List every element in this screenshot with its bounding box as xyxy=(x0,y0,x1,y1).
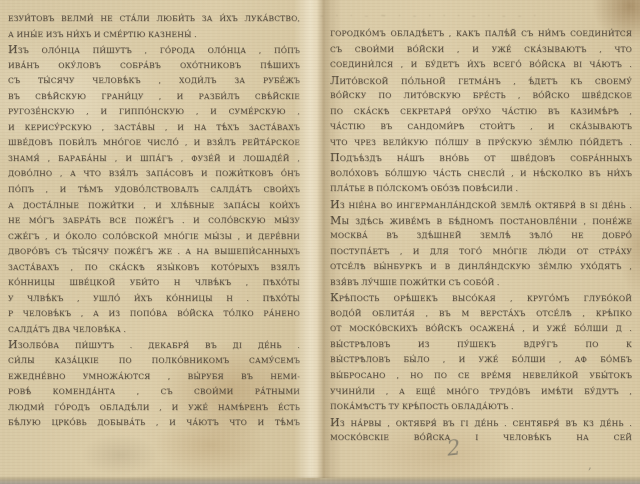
text-line: ЕЗУИ́ТОВЪ ВЕЛМИ́ НЕ СТА́ЛИ ЛЮБИ́ТЬ ЗА И́… xyxy=(8,11,300,27)
text-line: ДОВО́ЛНО , А ЧТО ВЗЯ́ЛЪ ЗАПА́СОВЪ И ПОЖИ… xyxy=(8,166,300,182)
page-right: – · · – ~ · – · · · – · – – · ГОРОДКО́МЪ… xyxy=(312,0,640,478)
text-line: МОСКО́ВСКІЕ ВО́ЙСКА І ЧЕЛОВѢ́КЪ НА СЕЙ xyxy=(330,430,632,446)
text-line: ВО́ЙСКУ ПО ЛИТО́ВСКУЮ БРЕ́СТЬ , ВО́ЙСКО … xyxy=(330,88,632,104)
text-line: КРѢ́ПОСТЬ ОРѢ́ШЕКЪ ВЫСО́КАЯ , КРУГО́МЪ Г… xyxy=(330,290,632,306)
text-line: РУГОЗЕ́НСКУЮ , И ГИППО́НСКУЮ , И СУМЕ́РС… xyxy=(8,104,300,120)
pencil-mark: , xyxy=(588,458,592,472)
page-left: ЕЗУИ́ТОВЪ ВЕЛМИ́ НЕ СТА́ЛИ ЛЮБИ́ТЬ ЗА И́… xyxy=(0,0,312,478)
text-line: МЫ ЗДѢ́СЬ ЖИВЕ́МЪ В БѢ́ДНОМЪ ПОСТАНОВЛЕ́… xyxy=(330,213,632,229)
manuscript-scan: ЕЗУИ́ТОВЪ ВЕЛМИ́ НЕ СТА́ЛИ ЛЮБИ́ТЬ ЗА И́… xyxy=(0,0,640,484)
text-line: ПОСТУПА́ЕТЪ , И ДЛЯ ТОГО́ МНО́ГІЕ ЛЮ́ДИ … xyxy=(330,244,632,260)
text-line: ДВОРО́ВЪ СЪ ТЫ́СЯЧУ ПОЖЕ́ГЪ ЖЕ . А НА ВЫ… xyxy=(8,244,300,260)
text-line: БѢ́ЛУЮ ЦРКО́ВЬ ДОБЫВА́ТЬ , И ЧА́ЮТЪ ЧТО … xyxy=(8,415,300,431)
text-line: ПО СКА́СКѢ СЕКРЕТАРЯ́ ОРУ́ХО ЧА́СТІЮ ВЪ … xyxy=(330,104,632,120)
text-line: РОВѢ́ КОМЕНДА́НТА , СЪ СВОИ́МИ РА́ТНЫМИ xyxy=(8,384,300,400)
text-line: СЖЕ́ГЪ , И О́КОЛО СОЛО́ВСКОЙ МНО́ГІЕ МЫ́… xyxy=(8,229,300,245)
text-line: ПОДЪѢ́ЗДЪ НА́ШЪ ВНО́ВЬ ОТ ШВЕ́ДОВЪ СОБРА… xyxy=(330,150,632,166)
text-line: ПО́ПЪ , И ТѢ́МЪ УДОВО́ЛСТВОВАЛЪ САЛДА́ТЪ… xyxy=(8,182,300,198)
text-line: ВЫ́СТРѢЛОВЪ БЫ́ЛО , И УЖЕ́ БО́ЛШИ , АФ Б… xyxy=(330,352,632,368)
text-line: ВЫ́СТРѢЛОВЪ ИЗ ПУ́ШЕКЪ ВДРУ́ГЪ ПО К xyxy=(330,337,632,353)
text-line: ШВЕ́ДОВЪ ПОБИ́ЛЪ МНО́ГОЕ ЧИСЛО́ , И ВЗЯ́… xyxy=(8,135,300,151)
text-line: НЕ МО́ГЪ ЗАБРА́ТЬ ВСЕ ПОЖЕ́ГЪ . И СОЛО́В… xyxy=(8,213,300,229)
text-line: СЪ СВОИ́МИ ВО́ЙСКИ , И УЖЕ́ СКА́ЗЫВАЮТЪ … xyxy=(330,42,632,58)
text-line: ЕЖЕДНЕ́ВНО УМНОЖА́ЮТСЯ , ВЫ́РУБЯ ВЪ НЕМИ… xyxy=(8,369,300,385)
text-line: МОСКВА́ ВЪ ЗДѢ́ШНЕЙ ЗЕМЛѢ́ ЗѢЛО́ НЕ ДОБР… xyxy=(330,228,632,244)
text-line: А ИНЫ́Е ИЗЪ НИ́ХЪ И СМЕ́РТІЮ КАЗНЕНЫ́ . xyxy=(8,27,300,43)
text-line: СИ́ЛЫ КАЗА́ЦКІЕ ПО ПОЛКО́ВНИКОМЪ САМУ́СЕ… xyxy=(8,353,300,369)
text-line: ИЗЪ ОЛО́НЦА ПИ́ШУТЪ , ГО́РОДА ОЛО́НЦА , … xyxy=(8,42,300,58)
text-line: ОТСЕ́ЛѢ ВЫ́НБУРКЪ И В ДИНЛЯ́НДСКУЮ ЗЕ́МЛ… xyxy=(330,259,632,275)
text-line: ИЗОЛБО́ВА ПИ́ШУТЪ . ДЕКАБРЯ́ ВЪ ДІ ДЕ́НЬ… xyxy=(8,337,300,353)
text-line: У ЧЛВѢ́КЪ , УШЛО́ И́ХЪ КО́ННИЦЫ Н . ПѢХО… xyxy=(8,291,300,307)
text-line: ГОРОДКО́МЪ ОБЛАДѢ́ЕТЪ , КАКЪ ПАЛѢ́Й СЪ Н… xyxy=(330,26,632,42)
text-line: Р ЧЕЛОВѢ́КЪ , А ИЗ ПОПО́ВА ВО́ЙСКА ТО́ЛК… xyxy=(8,306,300,322)
bleedthrough-marks: – · · – ~ · – · · · – · – – · xyxy=(320,12,630,20)
page-right-text: ГОРОДКО́МЪ ОБЛАДѢ́ЕТЪ , КАКЪ ПАЛѢ́Й СЪ Н… xyxy=(330,26,632,446)
text-line: СЪ ТЫ́СЯЧУ ЧЕЛОВѢ́КЪ , ХОДИ́ЛЪ ЗА РУБЕ́Ж… xyxy=(8,73,300,89)
text-line: ВОДО́Й ОБЛИТА́Я , ВЪ М ВЕРСТА́ХЪ ОТСЕ́ЛѢ… xyxy=(330,306,632,322)
text-line: ПЛА́ТЬЕ В ПО́ЛСКОМЪ ОБО́ЗѢ ПОВѢ́СИЛИ . xyxy=(330,181,632,197)
text-line: САЛДА́ТЪ ДВА ЧЕЛОВѢ́КА . xyxy=(8,322,300,338)
text-line: ВЗЯ́ВЪ ЛУ́ЧШІЕ ПОЖИ́ТКИ СЪ СОБО́Й . xyxy=(330,275,632,291)
text-line: СОЕДИНИ́ЛСЯ , И БУ́ДЕТЪ И́ХЪ ВСЕГО́ ВО́Й… xyxy=(330,57,632,73)
handwritten-page-number: 2 xyxy=(446,435,462,460)
text-line: ИВА́НЪ ОКУ́ЛОВЪ СОБРА́ВЪ ОХО́ТНИКОВЪ ПѢ́… xyxy=(8,58,300,74)
text-line: И КЕРИСУ́РСКУЮ , ЗАСТА́ВЫ , И НА ТѢ́ХЪ З… xyxy=(8,120,300,136)
text-line: ИЗ НІЕ́НА ВО ИНГЕРМАНЛА́НДСКОЙ ЗЕМЛѢ́ ОК… xyxy=(330,197,632,213)
text-line: А ДОСТА́ЛНЫЕ ПОЖИ́ТКИ , И ХЛѢ́БНЫЕ ЗАПА́… xyxy=(8,198,300,214)
text-line: ОТ МОСКО́ВСКИХЪ ВО́ЙСКЪ ОСАЖЕНА́ , И УЖЕ… xyxy=(330,321,632,337)
text-line: ЧТО ЧРЕЗ ВЕЛИ́КУЮ ПО́ЛШУ В ПРУ́СКУЮ ЗЕ́М… xyxy=(330,135,632,151)
text-line: УЧИНИ́ЛИ , А ЕЩЕ́ МНО́ГО ТРУДО́ВЪ ИМѢ́ТИ… xyxy=(330,384,632,400)
text-line: ЛЮДМИ́ ГО́РОДЪ ОБЛАДѢ́ЛИ , И УЖЕ́ НАМѢ́Р… xyxy=(8,400,300,416)
text-line: ВЫ́БРОСАНО , НО ПО СЕ ВРЕ́МЯ НЕВЕЛИ́КОЙ … xyxy=(330,368,632,384)
text-line: ИЗ НА́РВЫ , ОКТЯБРЯ́ ВЪ ГІ ДЕ́НЬ . СЕНТЯ… xyxy=(330,415,632,431)
text-line: ВОЛО́ХОВЪ БО́ЛШУЮ ЧА́СТЬ СНЕСЛИ́ , И НѢ́… xyxy=(330,166,632,182)
text-line: ЧА́СТІЮ ВЪ САНДОМИ́РѢ СТОИ́ТЪ , И СКА́ЗЫ… xyxy=(330,119,632,135)
text-line: ЛИТО́ВСКОЙ ПО́ЛЬНОЙ ГЕТМА́НЪ , Ѣ́ДЕТЪ КЪ… xyxy=(330,73,632,89)
text-line: КО́ННИЦЫ ШВЕ́ЦКОЙ УБИ́ТО Н ЧЛВѢ́КЪ , ПѢХ… xyxy=(8,275,300,291)
text-line: ПОКА́МѢСТЪ ТУ КРѢ́ПОСТЬ ОБЛАДА́ЮТЪ . xyxy=(330,399,632,415)
page-left-text: ЕЗУИ́ТОВЪ ВЕЛМИ́ НЕ СТА́ЛИ ЛЮБИ́ТЬ ЗА И́… xyxy=(8,11,300,431)
text-line: ЗНАМЯ́ , БАРАБА́НЫ , И ШПА́ГЪ , ФУЗЕ́Й И… xyxy=(8,151,300,167)
text-line: ВЪ СВѢ́ЙСКУЮ ГРАНИ́ЦУ , И РАЗБИ́ЛЪ СВѢ́Й… xyxy=(8,89,300,105)
text-line: ЗАСТА́ВАХЪ , ПО СКА́СКѢ ЯЗЫ́КОВЪ КОТО́РЫ… xyxy=(8,260,300,276)
